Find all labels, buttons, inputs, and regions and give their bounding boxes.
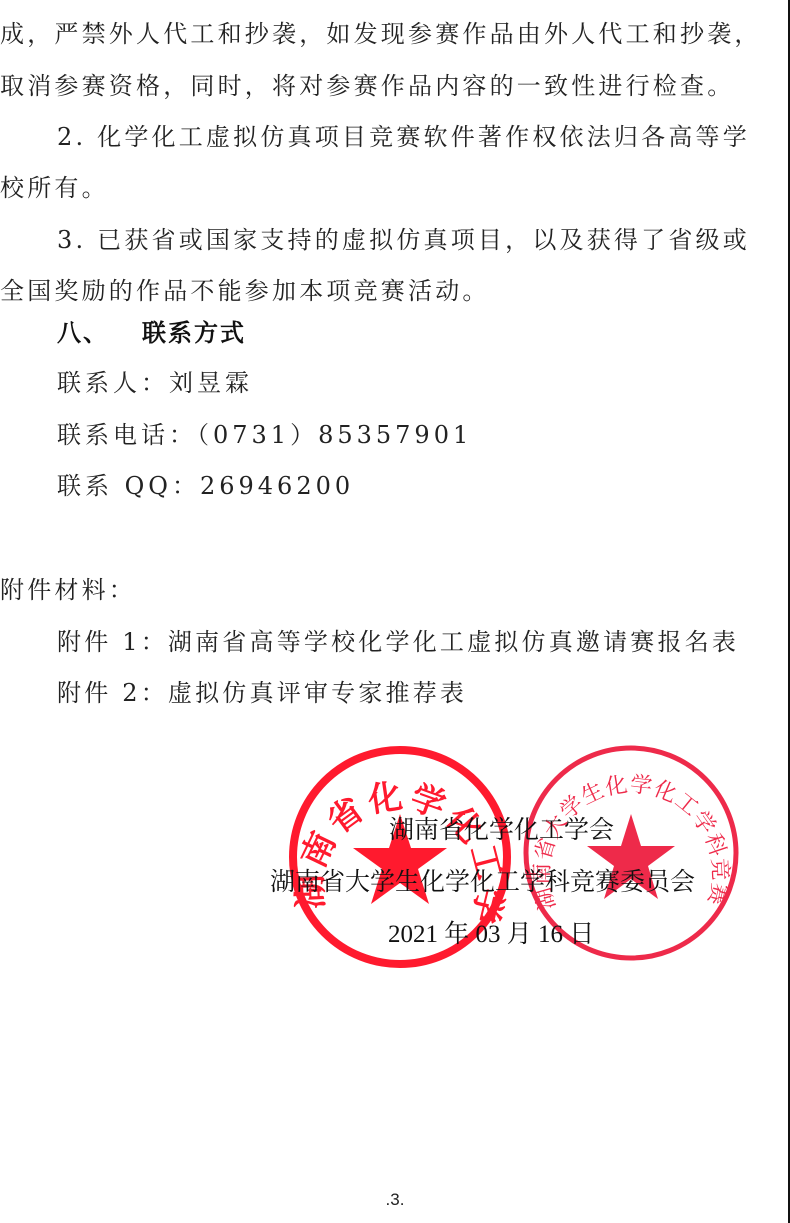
- paragraph-line: 取消参赛资格，同时，将对参赛作品内容的一致性进行检查。: [0, 71, 734, 101]
- section-number: 八、: [57, 318, 142, 348]
- signature-org-1: 湖南省化学化工学会: [389, 810, 614, 846]
- paragraph-line: 校所有。: [0, 173, 109, 203]
- signature-org-2: 湖南省大学生化学化工学科竞赛委员会: [270, 862, 695, 898]
- paragraph-line: 全国奖励的作品不能参加本项竞赛活动。: [0, 276, 490, 306]
- attachments-label: 附件材料：: [0, 575, 136, 605]
- attachment-item-1: 附件 1：湖南省高等学校化学化工虚拟仿真邀请赛报名表: [57, 627, 739, 657]
- attachment-item-2: 附件 2：虚拟仿真评审专家推荐表: [57, 678, 467, 708]
- contact-person: 联系人：刘昱霖: [57, 368, 253, 398]
- paragraph-line: 3. 已获省或国家支持的虚拟仿真项目，以及获得了省级或: [57, 225, 750, 255]
- section-heading: 八、联系方式: [57, 318, 246, 348]
- paragraph-line: 成，严禁外人代工和抄袭，如发现参赛作品由外人代工和抄袭，: [0, 19, 762, 49]
- page-number: .3.: [0, 1190, 790, 1210]
- contact-phone: 联系电话：（0731）85357901: [57, 420, 472, 450]
- section-title: 联系方式: [142, 319, 246, 347]
- paragraph-line: 2. 化学化工虚拟仿真项目竞赛软件著作权依法归各高等学: [57, 122, 750, 152]
- signature-date: 2021 年 03 月 16 日: [388, 914, 594, 950]
- contact-qq: 联系 QQ：26946200: [57, 471, 354, 501]
